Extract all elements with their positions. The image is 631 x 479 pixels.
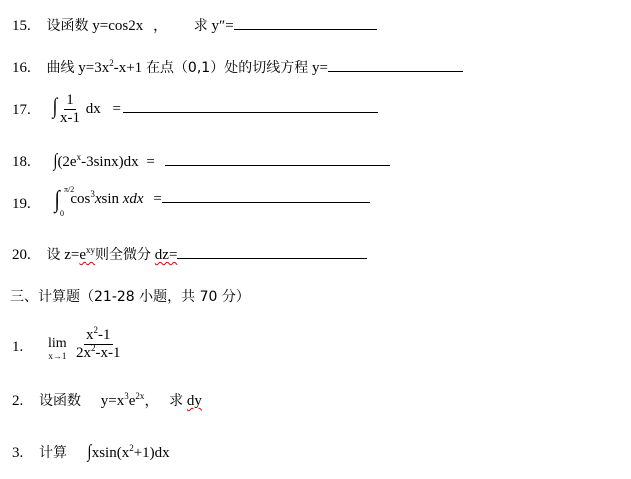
answer-blank[interactable] <box>328 70 463 72</box>
question-text: 设 <box>47 247 61 263</box>
fraction: 1x-1 <box>58 92 82 127</box>
ask-text: 求 <box>194 18 208 34</box>
question-text: 设函数 <box>47 18 89 34</box>
question-mid-text: 在点（0,1）处的切线方程 <box>146 60 308 76</box>
integral-sign: ∫ <box>87 441 91 462</box>
expression: y=cos2x <box>92 18 143 34</box>
section-title: 三、计算题（21-28 小题，共 70 分） <box>10 286 250 306</box>
limit-fraction: x2-1 2x2-x-1 <box>74 327 123 362</box>
question-number: 1. <box>12 339 23 356</box>
expression: z=exy <box>64 247 95 263</box>
answer-blank[interactable] <box>123 111 378 113</box>
calc-question-2: 2. 设函数 y=x3e2x， 求 dy <box>12 389 202 410</box>
integral-sign: ∫ <box>53 93 58 119</box>
integral-expression: ∫(2ex-3sinx)dx <box>53 154 143 170</box>
question-number: 18. <box>12 154 31 170</box>
question-number: 2. <box>12 393 23 409</box>
question-number: 17. <box>12 102 31 119</box>
question-text: 曲线 <box>47 60 75 76</box>
answer-blank[interactable] <box>165 164 390 166</box>
question-mid-text: 则全微分 <box>95 247 151 263</box>
expression: y=x3e2x <box>101 393 145 409</box>
ask-expression: dz= <box>155 247 178 263</box>
ask-expression: dy <box>187 393 202 409</box>
calc-question-3: 3. 计算 ∫xsin(x2+1)dx <box>12 441 170 462</box>
definite-integral-expression: ∫ π/2 0 cos3xsin xdx = <box>54 187 370 214</box>
answer-blank[interactable] <box>162 201 370 203</box>
question-number: 3. <box>12 445 23 461</box>
question-text: 设函数 <box>39 393 81 409</box>
question-number: 20. <box>12 247 31 263</box>
question-number: 15. <box>12 18 31 34</box>
lower-limit: 0 <box>60 209 64 218</box>
integral-expression: ∫xsin(x2+1)dx <box>87 445 170 461</box>
question-20: 20. 设 z=exy则全微分 dz= <box>12 244 367 264</box>
question-number: 16. <box>12 60 31 76</box>
question-text: 计算 <box>39 445 67 461</box>
ask-expression: y= <box>312 60 328 76</box>
question-18: 18. ∫(2ex-3sinx)dx = <box>12 150 390 171</box>
integral-sign: ∫ <box>53 150 57 171</box>
ask-text: 求 <box>169 393 183 409</box>
integral-expression: ∫1x-1 dx = <box>52 92 378 127</box>
expression: y=3x2-x+1 <box>78 60 142 76</box>
answer-blank[interactable] <box>234 28 377 30</box>
question-15: 15. 设函数 y=cos2x ， 求 y″= <box>12 14 377 35</box>
ask-expression: y″= <box>211 18 233 34</box>
answer-blank[interactable] <box>177 257 367 259</box>
question-number: 19. <box>12 196 31 213</box>
limit-operator: lim x→1 <box>48 337 67 361</box>
question-16: 16. 曲线 y=3x2-x+1 在点（0,1）处的切线方程 y= <box>12 57 463 77</box>
separator: ， <box>153 18 168 34</box>
